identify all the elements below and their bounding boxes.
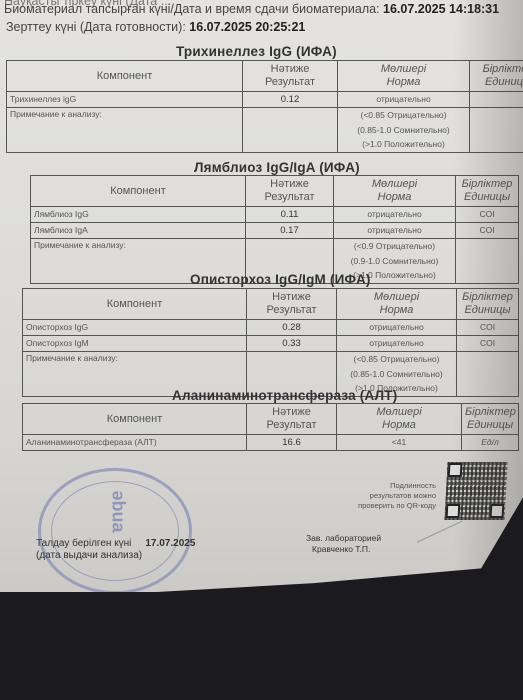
note-range-negative: (<0.85 Отрицательно) bbox=[341, 108, 466, 123]
lab-report-sheet: Науқасты тіркеу күні (Дата ... Биоматери… bbox=[0, 0, 523, 592]
table-header: Компонент НәтижеРезультат МөлшеріНорма Б… bbox=[23, 289, 519, 320]
row-result: 0.11 bbox=[246, 207, 334, 223]
col-norm-kz: Мөлшері bbox=[340, 406, 458, 419]
col-units-kz: Бірліктер bbox=[465, 406, 515, 419]
verify-line-1: Подлинность bbox=[336, 481, 436, 491]
stamp-logo: ǝbua bbox=[108, 490, 129, 532]
col-units-kz: Бірліктер bbox=[473, 63, 523, 76]
qr-verify-text: Подлинность результатов можно проверить … bbox=[336, 481, 436, 511]
col-component: Компонент bbox=[23, 289, 247, 320]
ready-date-label: Зерттеу күні (Дата готовности): bbox=[6, 20, 186, 34]
col-units: БірліктерЕдиницы bbox=[456, 176, 519, 207]
signature bbox=[417, 521, 473, 566]
col-units: БірліктерЕдиницы bbox=[462, 404, 519, 435]
col-units-ru: Единицы bbox=[459, 191, 515, 204]
row-norm: <41 bbox=[337, 435, 462, 451]
col-component: Компонент bbox=[31, 176, 246, 207]
issue-date-block: Талдау берілген күні17.07.2025 (дата выд… bbox=[36, 538, 195, 562]
col-result: НәтижеРезультат bbox=[246, 176, 334, 207]
table-header: Компонент НәтижеРезультат МөлшеріНорма Б… bbox=[23, 404, 519, 435]
col-units: БірліктерЕдиницы bbox=[457, 289, 519, 320]
table-trichinellosis: Компонент НәтижеРезультат МөлшеріНорма Б… bbox=[6, 60, 523, 153]
col-norm-ru: Норма bbox=[341, 76, 466, 89]
biomaterial-date-value: 16.07.2025 14:18:31 bbox=[383, 2, 499, 16]
col-norm: МөлшеріНорма bbox=[334, 176, 456, 207]
row-result: 16.6 bbox=[247, 435, 337, 451]
qr-finder-icon bbox=[446, 504, 461, 518]
col-units-ru: Единицы bbox=[473, 76, 523, 89]
row-result: 0.28 bbox=[247, 320, 337, 336]
lab-head-block: Зав. лабораторией Кравченко Т.П. bbox=[306, 533, 381, 555]
note-units-empty bbox=[457, 352, 519, 397]
table-row: Аланинаминотрансфераза (АЛТ) 16.6 <41 Ед… bbox=[23, 435, 519, 451]
row-component: Описторхоз IgM bbox=[23, 336, 247, 352]
table-header: Компонент НәтижеРезультат МөлшеріНорма Б… bbox=[7, 61, 523, 92]
qr-finder-icon bbox=[490, 504, 505, 518]
row-units: COI bbox=[456, 207, 519, 223]
table-row: Описторхоз IgG 0.28 отрицательно COI bbox=[23, 320, 519, 336]
section-title-giardiasis: Лямблиоз IgG/IgA (ИФА) bbox=[194, 160, 360, 175]
ready-date-value: 16.07.2025 20:25:21 bbox=[189, 20, 305, 34]
note-ranges: (<0.85 Отрицательно) (0.85-1.0 Сомнитель… bbox=[338, 108, 470, 153]
ready-date: Зерттеу күні (Дата готовности): 16.07.20… bbox=[6, 20, 305, 34]
lab-head-name: Кравченко Т.П. bbox=[312, 544, 381, 555]
col-norm: МөлшеріНорма bbox=[337, 404, 462, 435]
note-label: Примечание к анализу: bbox=[7, 108, 243, 153]
col-result-ru: Результат bbox=[250, 304, 333, 317]
note-range-doubtful: (0.9-1.0 Сомнительно) bbox=[337, 254, 452, 269]
col-result-ru: Результат bbox=[250, 419, 333, 432]
note-range-doubtful: (0.85-1.0 Сомнительно) bbox=[340, 367, 453, 382]
col-result-kz: Нәтиже bbox=[250, 291, 333, 304]
row-units bbox=[470, 92, 523, 108]
note-units-empty bbox=[470, 108, 523, 153]
row-units: COI bbox=[457, 320, 519, 336]
col-units-ru: Единицы bbox=[465, 419, 515, 432]
row-component: Трихинеллез igG bbox=[7, 92, 243, 108]
issue-date-label-kz: Талдау берілген күні bbox=[36, 538, 131, 549]
row-result: 0.17 bbox=[246, 223, 334, 239]
biomaterial-date: Биоматериал тапсырған күні/Дата и время … bbox=[4, 2, 499, 16]
table-header: Компонент НәтижеРезультат МөлшеріНорма Б… bbox=[31, 176, 519, 207]
col-result: НәтижеРезультат bbox=[247, 289, 337, 320]
lab-head-title: Зав. лабораторией bbox=[306, 533, 381, 544]
col-result-kz: Нәтиже bbox=[250, 406, 333, 419]
note-empty bbox=[243, 108, 338, 153]
col-result-kz: Нәтиже bbox=[249, 178, 330, 191]
verify-line-2: результатов можно bbox=[336, 491, 436, 501]
row-norm: отрицательно bbox=[337, 320, 457, 336]
col-result: НәтижеРезультат bbox=[243, 61, 338, 92]
section-title-alt: Аланинаминотрансфераза (АЛТ) bbox=[172, 388, 397, 403]
col-result-ru: Результат bbox=[249, 191, 330, 204]
col-result-ru: Результат bbox=[246, 76, 334, 89]
col-norm-kz: Мөлшері bbox=[341, 63, 466, 76]
col-norm: МөлшеріНорма bbox=[338, 61, 470, 92]
col-units-kz: Бірліктер bbox=[460, 291, 515, 304]
col-norm-ru: Норма bbox=[337, 191, 452, 204]
issue-date-value: 17.07.2025 bbox=[145, 538, 195, 549]
table-note-row: Примечание к анализу: (<0.85 Отрицательн… bbox=[7, 108, 523, 153]
row-norm: отрицательно bbox=[338, 92, 470, 108]
row-component: Лямблиоз IgG bbox=[31, 207, 246, 223]
table-giardiasis: Компонент НәтижеРезультат МөлшеріНорма Б… bbox=[30, 175, 519, 284]
col-result: НәтижеРезультат bbox=[247, 404, 337, 435]
row-units: Ед/л bbox=[462, 435, 519, 451]
row-norm: отрицательно bbox=[334, 207, 456, 223]
qr-code-icon[interactable] bbox=[444, 462, 507, 520]
col-units-ru: Единицы bbox=[460, 304, 515, 317]
col-component: Компонент bbox=[7, 61, 243, 92]
col-units: БірліктерЕдиницы bbox=[470, 61, 523, 92]
row-component: Лямблиоз IgA bbox=[31, 223, 246, 239]
col-result-kz: Нәтиже bbox=[246, 63, 334, 76]
table-row: Трихинеллез igG 0.12 отрицательно bbox=[7, 92, 523, 108]
row-norm: отрицательно bbox=[334, 223, 456, 239]
table-row: Лямблиоз IgG 0.11 отрицательно COI bbox=[31, 207, 519, 223]
col-norm-ru: Норма bbox=[340, 304, 453, 317]
biomaterial-date-label: Биоматериал тапсырған күні/Дата и время … bbox=[4, 2, 380, 16]
verify-line-3: проверить по QR-коду bbox=[336, 501, 436, 511]
row-result: 0.12 bbox=[243, 92, 338, 108]
row-norm: отрицательно bbox=[337, 336, 457, 352]
col-component: Компонент bbox=[23, 404, 247, 435]
col-norm-ru: Норма bbox=[340, 419, 458, 432]
row-units: COI bbox=[457, 336, 519, 352]
section-title-opisthorchiasis: Описторхоз IgG/IgM (ИФА) bbox=[190, 272, 371, 287]
col-norm: МөлшеріНорма bbox=[337, 289, 457, 320]
col-norm-kz: Мөлшері bbox=[340, 291, 453, 304]
note-range-negative: (<0.9 Отрицательно) bbox=[337, 239, 452, 254]
row-units: COI bbox=[456, 223, 519, 239]
note-range-positive: (>1.0 Положительно) bbox=[341, 137, 466, 152]
note-range-negative: (<0.85 Отрицательно) bbox=[340, 352, 453, 367]
official-stamp: ǝbua bbox=[38, 468, 192, 594]
issue-date-label-ru: (дата выдачи анализа) bbox=[36, 550, 195, 562]
row-result: 0.33 bbox=[247, 336, 337, 352]
col-units-kz: Бірліктер bbox=[459, 178, 515, 191]
table-opisthorchiasis: Компонент НәтижеРезультат МөлшеріНорма Б… bbox=[22, 288, 519, 397]
row-component: Аланинаминотрансфераза (АЛТ) bbox=[23, 435, 247, 451]
section-title-trichinellosis: Трихинеллез IgG (ИФА) bbox=[176, 44, 337, 59]
note-units-empty bbox=[456, 239, 519, 284]
row-component: Описторхоз IgG bbox=[23, 320, 247, 336]
col-norm-kz: Мөлшері bbox=[337, 178, 452, 191]
table-alt: Компонент НәтижеРезультат МөлшеріНорма Б… bbox=[22, 403, 519, 451]
table-row: Описторхоз IgM 0.33 отрицательно COI bbox=[23, 336, 519, 352]
note-range-doubtful: (0.85-1.0 Сомнительно) bbox=[341, 123, 466, 138]
table-row: Лямблиоз IgA 0.17 отрицательно COI bbox=[31, 223, 519, 239]
qr-finder-icon bbox=[448, 463, 463, 477]
